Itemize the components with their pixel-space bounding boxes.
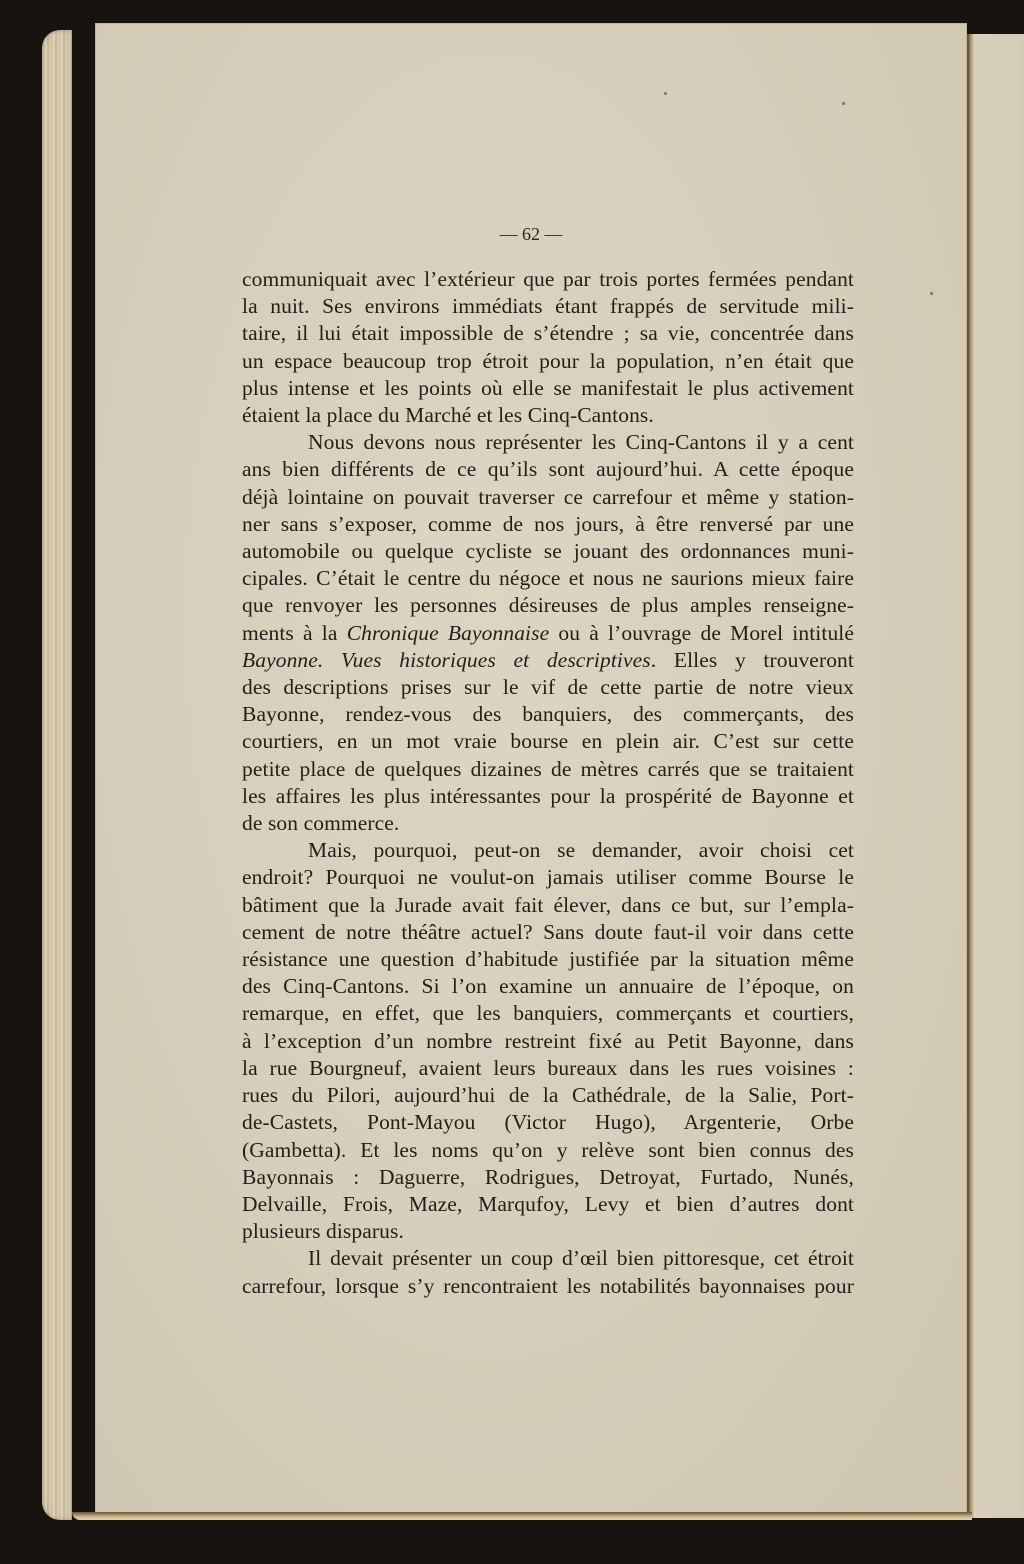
page-bottom-edge bbox=[72, 1512, 972, 1520]
text-line: taire, il lui était impossible de s’éten… bbox=[242, 320, 854, 347]
text-line: ments à la Chronique Bayonnaise ou à l’o… bbox=[242, 620, 854, 647]
paragraph: Il devait présenter un coup d’œil bien p… bbox=[242, 1245, 854, 1299]
text-line: courtiers, en un mot vraie bourse en ple… bbox=[242, 728, 854, 755]
text-line: que renvoyer les personnes désireuses de… bbox=[242, 592, 854, 619]
book-gutter bbox=[966, 34, 969, 1518]
text-line: (Gambetta). Et les noms qu’on y relève s… bbox=[242, 1137, 854, 1164]
text-line: de son commerce. bbox=[242, 810, 854, 837]
text-line: plus intense et les points où elle se ma… bbox=[242, 375, 854, 402]
text-line: communiquait avec l’extérieur que par tr… bbox=[242, 266, 854, 293]
page-number: — 62 — bbox=[96, 224, 966, 245]
text-line: petite place de quelques dizaines de mèt… bbox=[242, 756, 854, 783]
text-line: Mais, pourquoi, peut-on se demander, avo… bbox=[242, 837, 854, 864]
text-line: carrefour, lorsque s’y rencontraient les… bbox=[242, 1273, 854, 1300]
text-line: à l’exception d’un nombre restreint fixé… bbox=[242, 1028, 854, 1055]
text-line: étaient la place du Marché et les Cinq-C… bbox=[242, 402, 854, 429]
text-line: Bayonne. Vues historiques et descriptive… bbox=[242, 647, 854, 674]
body-text: communiquait avec l’extérieur que par tr… bbox=[242, 266, 854, 1300]
facing-page-edge bbox=[968, 34, 1024, 1518]
book-page: — 62 — communiquait avec l’extérieur que… bbox=[96, 24, 966, 1514]
text-line: plusieurs disparus. bbox=[242, 1218, 854, 1245]
text-line: Bayonnais : Daguerre, Rodrigues, Detroya… bbox=[242, 1164, 854, 1191]
paragraph: Nous devons nous représenter les Cinq-Ca… bbox=[242, 429, 854, 837]
text-line: automobile ou quelque cycliste se jouant… bbox=[242, 538, 854, 565]
italic-title: Bayonne. Vues historiques et descriptive… bbox=[242, 648, 651, 672]
text-line: ans bien différents de ce qu’ils sont au… bbox=[242, 456, 854, 483]
paragraph: Mais, pourquoi, peut-on se demander, avo… bbox=[242, 837, 854, 1245]
italic-title: Chronique Bayonnaise bbox=[347, 621, 550, 645]
text-line: déjà lointaine on pouvait traverser ce c… bbox=[242, 484, 854, 511]
text-line: Bayonne, rendez-vous des banquiers, des … bbox=[242, 701, 854, 728]
text-line: résistance une question d’habitude justi… bbox=[242, 946, 854, 973]
text-line: Il devait présenter un coup d’œil bien p… bbox=[242, 1245, 854, 1272]
text-line: des descriptions prises sur le vif de ce… bbox=[242, 674, 854, 701]
text-line: ner sans s’exposer, comme de nos jours, … bbox=[242, 511, 854, 538]
text-line: la nuit. Ses environs immédiats étant fr… bbox=[242, 293, 854, 320]
paper-speck bbox=[842, 102, 845, 105]
text-line: de-Castets, Pont-Mayou (Victor Hugo), Ar… bbox=[242, 1109, 854, 1136]
text-line: les affaires les plus intéressantes pour… bbox=[242, 783, 854, 810]
text-line: un espace beaucoup trop étroit pour la p… bbox=[242, 348, 854, 375]
text-line: Delvaille, Frois, Maze, Marqufoy, Levy e… bbox=[242, 1191, 854, 1218]
text-line: cement de notre théâtre actuel? Sans dou… bbox=[242, 919, 854, 946]
text-line: endroit? Pourquoi ne voulut-on jamais ut… bbox=[242, 864, 854, 891]
text-line: rues du Pilori, aujourd’hui de la Cathéd… bbox=[242, 1082, 854, 1109]
paper-speck bbox=[664, 92, 667, 95]
text-line: cipales. C’était le centre du négoce et … bbox=[242, 565, 854, 592]
text-line: des Cinq-Cantons. Si l’on examine un ann… bbox=[242, 973, 854, 1000]
page-stack-edges bbox=[42, 30, 72, 1520]
text-line: bâtiment que la Jurade avait fait élever… bbox=[242, 892, 854, 919]
text-line: la rue Bourgneuf, avaient leurs bureaux … bbox=[242, 1055, 854, 1082]
paragraph: communiquait avec l’extérieur que par tr… bbox=[242, 266, 854, 429]
text-line: Nous devons nous représenter les Cinq-Ca… bbox=[242, 429, 854, 456]
paper-speck bbox=[930, 292, 933, 295]
text-line: remarque, en effet, que les banquiers, c… bbox=[242, 1000, 854, 1027]
